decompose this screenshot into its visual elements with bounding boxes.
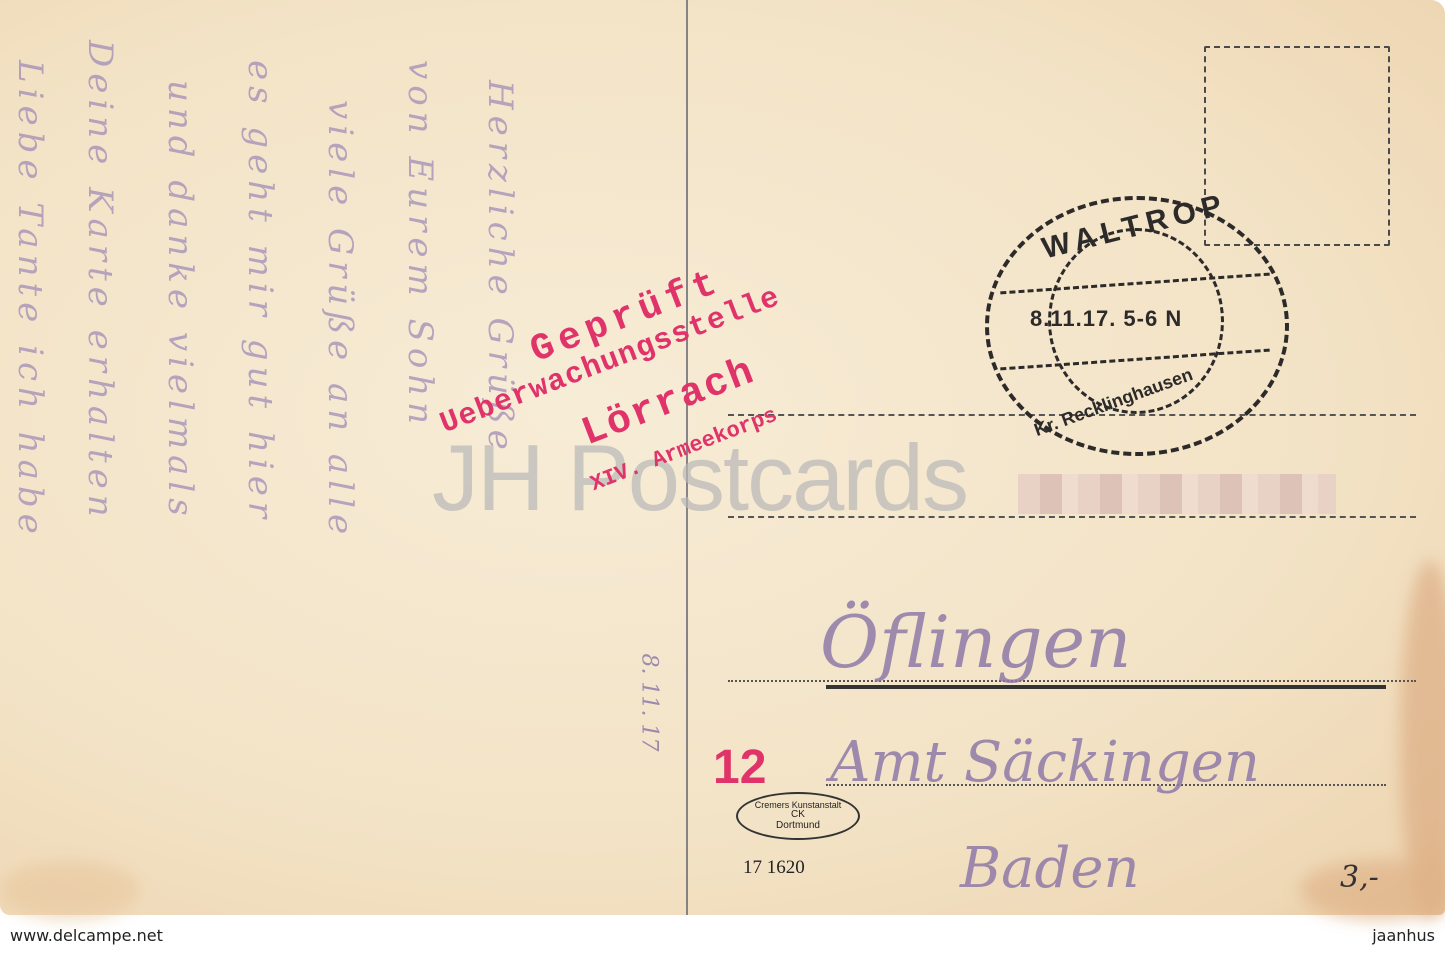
handwritten-message: Deine Karte erhalten: [80, 40, 120, 860]
serial-number: 17 1620: [743, 857, 805, 879]
handwritten-date: 8. 11. 17: [636, 654, 661, 752]
address-line: [826, 685, 1386, 689]
handwritten-address-line2: Amt Säckingen: [830, 730, 1260, 795]
handwritten-message: viele Grüße an alle: [320, 100, 360, 860]
handwritten-message: Liebe Tante ich habe: [10, 60, 50, 880]
blurred-region: [1018, 474, 1336, 514]
footer-left-credit: www.delcampe.net: [10, 915, 163, 957]
stamp-box: [1204, 46, 1390, 246]
publisher-stamp: Cremers Kunstanstalt CK Dortmund: [736, 792, 860, 840]
postcard: Liebe Tante ich habe Deine Karte erhalte…: [0, 0, 1445, 915]
handwritten-message: es geht mir gut hier: [240, 60, 280, 880]
handwritten-address-line1: Öflingen: [820, 600, 1132, 684]
footer-right-credit: jaanhus: [1372, 915, 1435, 957]
pencil-price-note: 3,-: [1340, 860, 1379, 895]
handwritten-address-line3: Baden: [960, 836, 1140, 901]
publisher-city: Dortmund: [738, 820, 858, 831]
postmark-date: 8.11.17. 5-6 N: [1030, 306, 1182, 332]
handwritten-message: und danke vielmals: [160, 80, 200, 880]
red-number: 12: [713, 740, 766, 795]
publisher-logo-icon: CK: [738, 810, 858, 820]
